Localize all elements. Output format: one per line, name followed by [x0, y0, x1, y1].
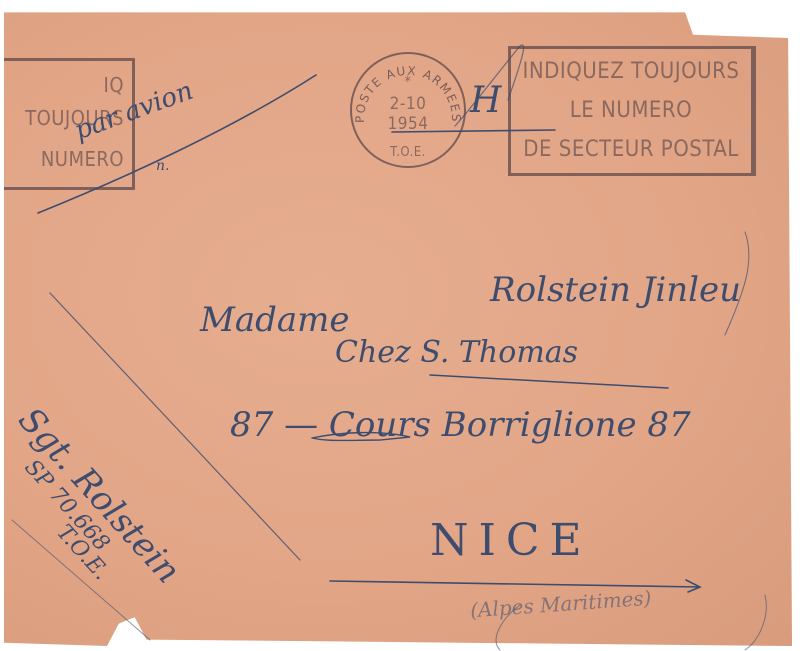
address-name: Rolstein Jinleu	[490, 270, 741, 310]
slogan-partial-line-3: UR POSTAL	[4, 184, 132, 190]
address-salutation: Madame	[200, 300, 349, 340]
slogan-partial-line-2: NUMERO	[4, 143, 132, 176]
postmark-day-month: 2-10	[352, 94, 464, 114]
slogan-line-3: DE SECTEUR POSTAL	[511, 133, 751, 166]
address-city: NICE	[430, 515, 592, 566]
postmark: POSTE AUX ARMEES * 2-10 1954 T.O.E.	[350, 52, 466, 168]
postmark-year: 1954	[352, 114, 464, 134]
postmark-date: 2-10 1954	[352, 94, 464, 134]
postmark-origin: T.O.E.	[352, 145, 464, 160]
slogan-line-1: INDIQUEZ TOUJOURS	[511, 55, 751, 88]
annotation-mark: n.	[156, 158, 169, 174]
annotation-h-mark: H	[470, 80, 501, 121]
address-care-of: Chez S. Thomas	[335, 335, 578, 370]
slogan-cancel: INDIQUEZ TOUJOURS LE NUMERO DE SECTEUR P…	[508, 46, 756, 176]
slogan-line-2: LE NUMERO	[511, 94, 751, 127]
postmark-star: *	[352, 74, 464, 90]
address-street: 87 — Cours Borriglione 87	[230, 405, 691, 445]
